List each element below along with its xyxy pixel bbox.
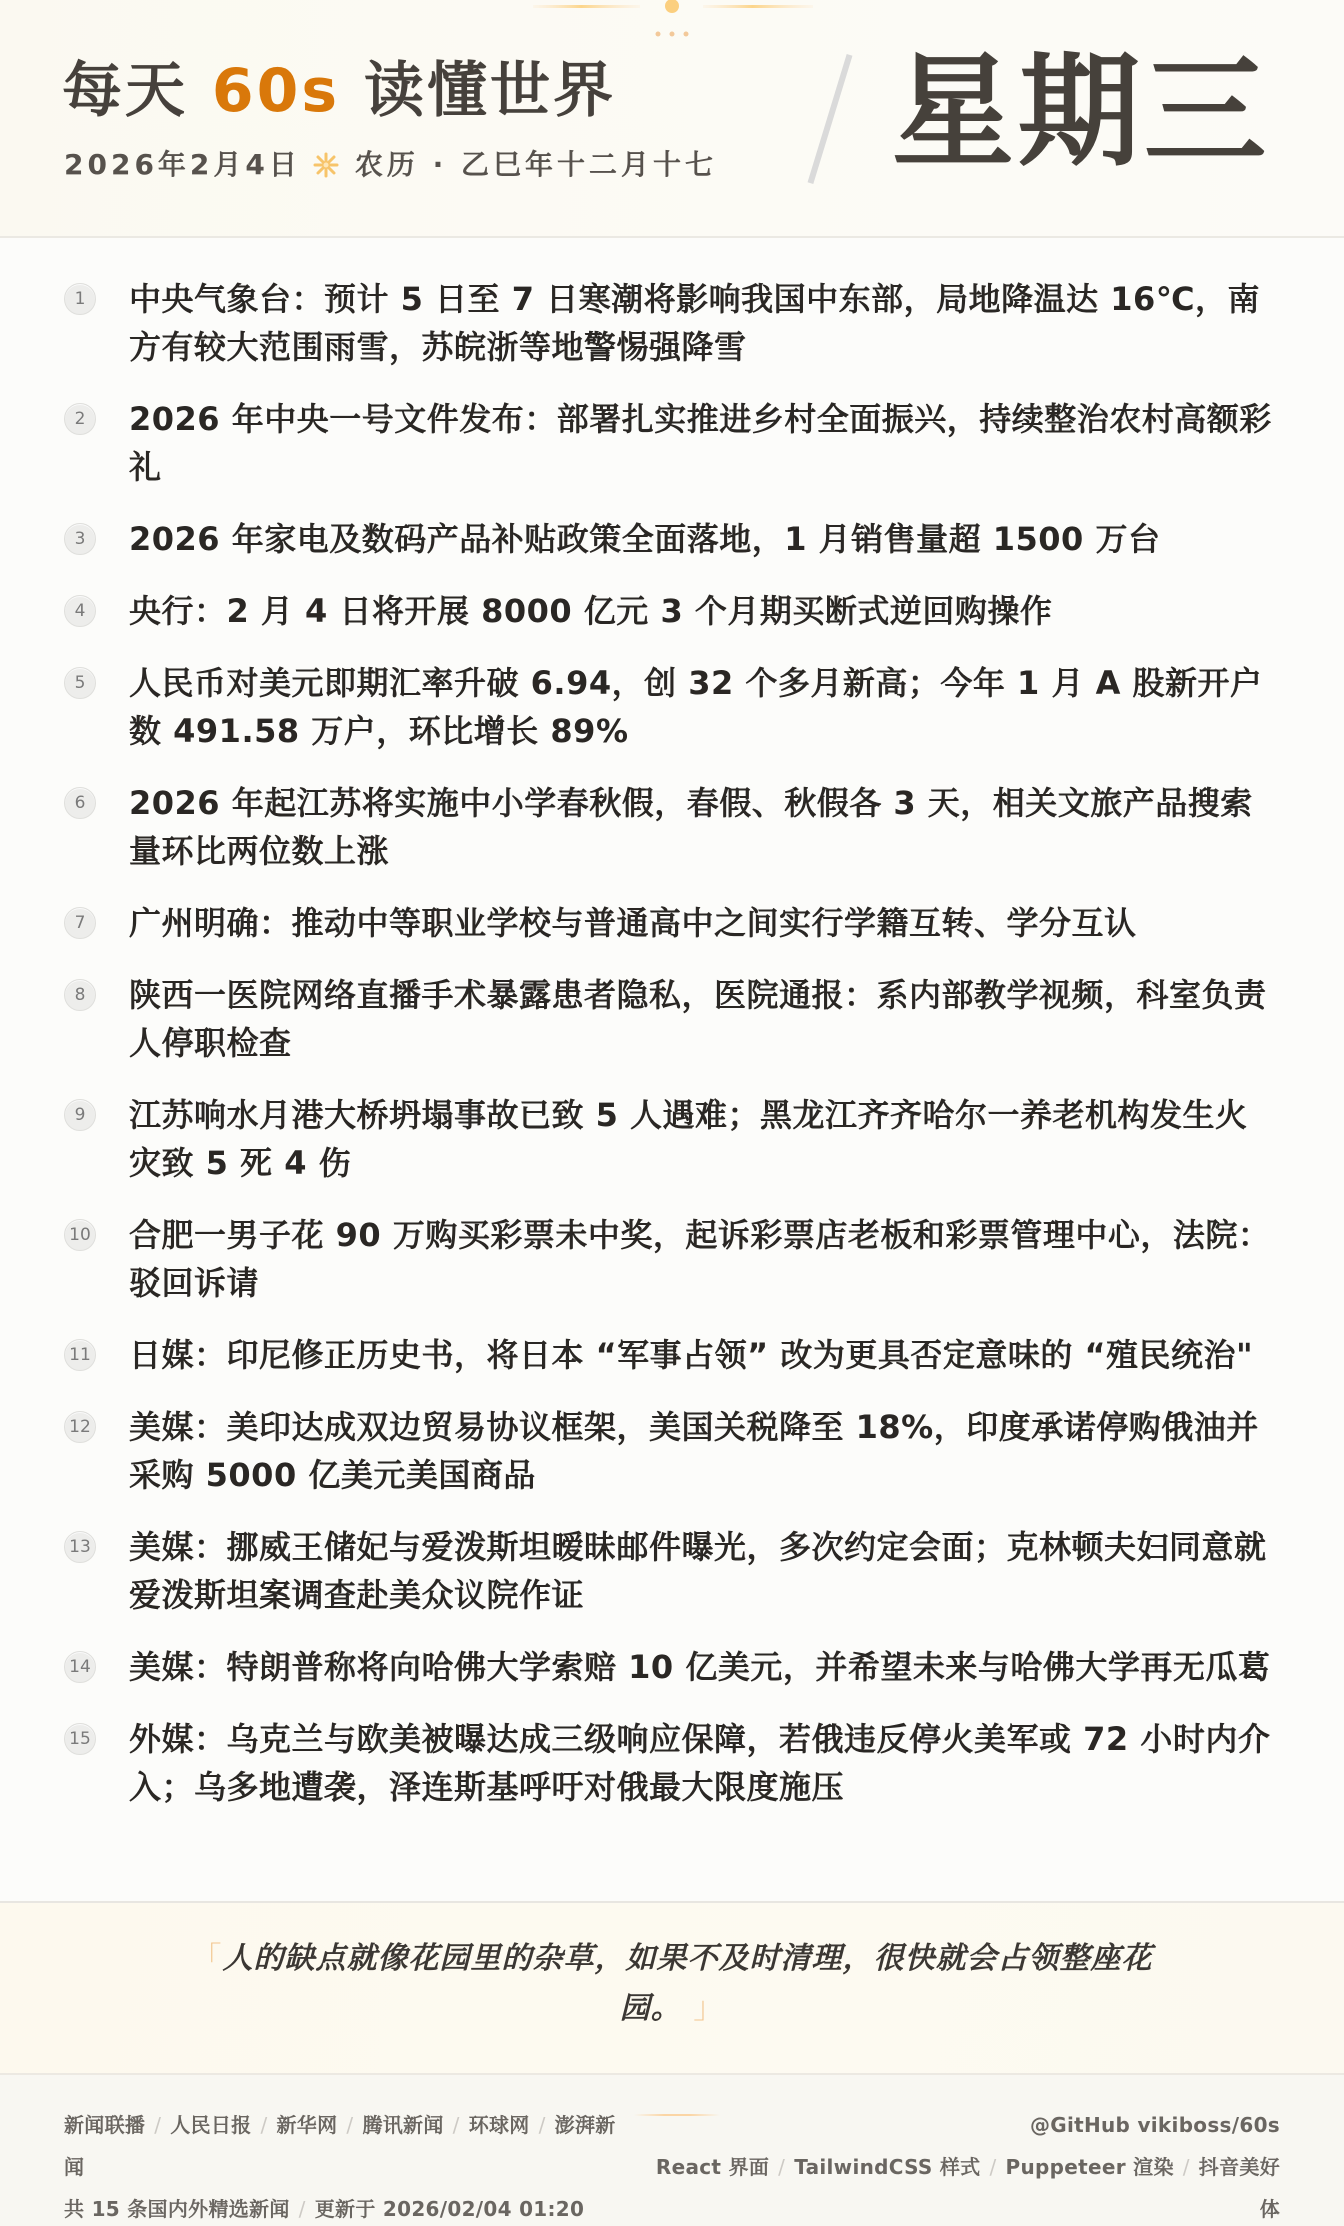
footer-left: 新闻联播/人民日报/新华网/腾讯新闻/环球网/澎湃新闻 共 15 条国内外精选新… bbox=[64, 2104, 636, 2226]
news-text: 外媒：乌克兰与欧美被曝达成三级响应保障，若俄违反停火美军或 72 小时内介入；乌… bbox=[129, 1715, 1280, 1811]
date-line: 2026年2月4日 农历 · 乙巳年十二月十七 bbox=[64, 146, 717, 184]
title-suffix: 读懂世界 bbox=[364, 56, 616, 126]
source-item: 腾讯新闻 bbox=[362, 2113, 443, 2137]
news-index-badge: 11 bbox=[64, 1339, 96, 1371]
separator: / bbox=[346, 2113, 353, 2137]
news-item: 13美媒：挪威王储妃与爱泼斯坦暧昧邮件曝光，多次约定会面；克林顿夫妇同意就爱泼斯… bbox=[64, 1523, 1280, 1619]
news-index-badge: 15 bbox=[64, 1723, 96, 1755]
gregorian-date: 2026年2月4日 bbox=[64, 146, 301, 184]
separator: / bbox=[299, 2197, 306, 2221]
news-text: 广州明确：推动中等职业学校与普通高中之间实行学籍互转、学分互认 bbox=[129, 899, 1280, 947]
news-text: 江苏响水月港大桥坍塌事故已致 5 人遇难；黑龙江齐齐哈尔一养老机构发生火灾致 5… bbox=[129, 1091, 1280, 1187]
news-sources: 新闻联播/人民日报/新华网/腾讯新闻/环球网/澎湃新闻 bbox=[64, 2104, 636, 2188]
news-index-badge: 3 bbox=[64, 523, 96, 555]
quote-open-bracket: 「 bbox=[192, 1941, 223, 1976]
news-item: 11日媒：印尼修正历史书，将日本 “军事占领” 改为更具否定意味的 “殖民统治" bbox=[64, 1331, 1280, 1379]
footer: 新闻联播/人民日报/新华网/腾讯新闻/环球网/澎湃新闻 共 15 条国内外精选新… bbox=[0, 2075, 1344, 2226]
news-index-badge: 8 bbox=[64, 979, 96, 1011]
news-item: 22026 年中央一号文件发布：部署扎实推进乡村全面振兴，持续整治农村高额彩礼 bbox=[64, 395, 1280, 491]
tech-stack: React 界面/TailwindCSS 样式/Puppeteer 渲染/抖音美… bbox=[636, 2146, 1280, 2226]
separator: / bbox=[989, 2155, 996, 2179]
news-item: 62026 年起江苏将实施中小学春秋假，春假、秋假各 3 天，相关文旅产品搜索量… bbox=[64, 779, 1280, 875]
footer-right: @GitHub vikiboss/60s React 界面/TailwindCS… bbox=[636, 2104, 1280, 2226]
separator: / bbox=[778, 2155, 785, 2179]
news-item: 10合肥一男子花 90 万购买彩票未中奖，起诉彩票店老板和彩票管理中心，法院：驳… bbox=[64, 1211, 1280, 1307]
asterisk-icon bbox=[313, 152, 339, 178]
source-item: 新华网 bbox=[277, 2113, 338, 2137]
news-index-badge: 12 bbox=[64, 1411, 96, 1443]
github-credit: @GitHub vikiboss/60s bbox=[636, 2104, 1280, 2146]
news-index-badge: 5 bbox=[64, 667, 96, 699]
news-index-badge: 1 bbox=[64, 283, 96, 315]
news-index-badge: 2 bbox=[64, 403, 96, 435]
news-text: 央行：2 月 4 日将开展 8000 亿元 3 个月期买断式逆回购操作 bbox=[129, 587, 1280, 635]
news-index-badge: 9 bbox=[64, 1099, 96, 1131]
tech-item: Puppeteer 渲染 bbox=[1006, 2155, 1174, 2179]
news-index-badge: 10 bbox=[64, 1219, 96, 1251]
title-prefix: 每天 bbox=[62, 56, 188, 126]
weekday: 星期三 bbox=[892, 48, 1270, 176]
tech-item: 抖音美好体 bbox=[1199, 2155, 1280, 2221]
news-list: 1中央气象台：预计 5 日至 7 日寒潮将影响我国中东部，局地降温达 16℃，南… bbox=[0, 238, 1344, 1835]
news-text: 合肥一男子花 90 万购买彩票未中奖，起诉彩票店老板和彩票管理中心，法院：驳回诉… bbox=[129, 1211, 1280, 1307]
daily-news-card: 每天 60s 读懂世界 2026年2月4日 农历 · 乙巳年十二月十七 星期三 … bbox=[0, 0, 1344, 2226]
quote-text-block: 「人的缺点就像花园里的杂草，如果不及时清理，很快就会占领整座花园。 」 bbox=[172, 1934, 1172, 2034]
news-text: 2026 年起江苏将实施中小学春秋假，春假、秋假各 3 天，相关文旅产品搜索量环… bbox=[129, 779, 1280, 875]
separator: / bbox=[260, 2113, 267, 2137]
news-item: 12美媒：美印达成双边贸易协议框架，美国关税降至 18%，印度承诺停购俄油并采购… bbox=[64, 1403, 1280, 1499]
news-item: 14美媒：特朗普称将向哈佛大学索赔 10 亿美元，并希望未来与哈佛大学再无瓜葛 bbox=[64, 1643, 1280, 1691]
news-text: 美媒：美印达成双边贸易协议框架，美国关税降至 18%，印度承诺停购俄油并采购 5… bbox=[129, 1403, 1280, 1499]
news-item: 4央行：2 月 4 日将开展 8000 亿元 3 个月期买断式逆回购操作 bbox=[64, 587, 1280, 635]
news-text: 美媒：挪威王储妃与爱泼斯坦暧昧邮件曝光，多次约定会面；克林顿夫妇同意就爱泼斯坦案… bbox=[129, 1523, 1280, 1619]
footer-ornament-line bbox=[634, 2114, 720, 2116]
news-text: 2026 年家电及数码产品补贴政策全面落地，1 月销售量超 1500 万台 bbox=[129, 515, 1280, 563]
news-text: 中央气象台：预计 5 日至 7 日寒潮将影响我国中东部，局地降温达 16℃，南方… bbox=[129, 275, 1280, 371]
news-text: 日媒：印尼修正历史书，将日本 “军事占领” 改为更具否定意味的 “殖民统治" bbox=[129, 1331, 1280, 1379]
separator: / bbox=[539, 2113, 546, 2137]
source-item: 澎湃新闻 bbox=[64, 2113, 616, 2179]
source-item: 新闻联播 bbox=[64, 2113, 145, 2137]
news-item: 7广州明确：推动中等职业学校与普通高中之间实行学籍互转、学分互认 bbox=[64, 899, 1280, 947]
news-count-summary: 共 15 条国内外精选新闻 bbox=[64, 2197, 290, 2221]
source-item: 环球网 bbox=[469, 2113, 530, 2137]
news-item: 9江苏响水月港大桥坍塌事故已致 5 人遇难；黑龙江齐齐哈尔一养老机构发生火灾致 … bbox=[64, 1091, 1280, 1187]
quote-text: 人的缺点就像花园里的杂草，如果不及时清理，很快就会占领整座花园。 bbox=[223, 1941, 1153, 2026]
news-item: 1中央气象台：预计 5 日至 7 日寒潮将影响我国中东部，局地降温达 16℃，南… bbox=[64, 275, 1280, 371]
header: 每天 60s 读懂世界 2026年2月4日 农历 · 乙巳年十二月十七 星期三 bbox=[0, 0, 1344, 238]
tech-item: TailwindCSS 样式 bbox=[794, 2155, 980, 2179]
news-text: 人民币对美元即期汇率升破 6.94，创 32 个多月新高；今年 1 月 A 股新… bbox=[129, 659, 1280, 755]
page-title: 每天 60s 读懂世界 bbox=[62, 56, 616, 126]
separator: / bbox=[453, 2113, 460, 2137]
news-item: 32026 年家电及数码产品补贴政策全面落地，1 月销售量超 1500 万台 bbox=[64, 515, 1280, 563]
news-text: 陕西一医院网络直播手术暴露患者隐私，医院通报：系内部教学视频，科室负责人停职检查 bbox=[129, 971, 1280, 1067]
news-index-badge: 14 bbox=[64, 1651, 96, 1683]
news-index-badge: 4 bbox=[64, 595, 96, 627]
updated-time: 更新于 2026/02/04 01:20 bbox=[315, 2197, 585, 2221]
title-accent: 60s bbox=[212, 56, 340, 126]
tech-item: React 界面 bbox=[656, 2155, 769, 2179]
news-index-badge: 7 bbox=[64, 907, 96, 939]
separator: / bbox=[1183, 2155, 1190, 2179]
lunar-date: 农历 · 乙巳年十二月十七 bbox=[355, 146, 717, 184]
news-item: 15外媒：乌克兰与欧美被曝达成三级响应保障，若俄违反停火美军或 72 小时内介入… bbox=[64, 1715, 1280, 1811]
news-item: 8陕西一医院网络直播手术暴露患者隐私，医院通报：系内部教学视频，科室负责人停职检… bbox=[64, 971, 1280, 1067]
quote-close-bracket: 」 bbox=[693, 1991, 724, 2026]
news-index-badge: 13 bbox=[64, 1531, 96, 1563]
news-index-badge: 6 bbox=[64, 787, 96, 819]
source-item: 人民日报 bbox=[170, 2113, 251, 2137]
separator: / bbox=[154, 2113, 161, 2137]
daily-quote: 「人的缺点就像花园里的杂草，如果不及时清理，很快就会占领整座花园。 」 bbox=[0, 1901, 1344, 2075]
slash-divider bbox=[808, 54, 853, 184]
news-text: 美媒：特朗普称将向哈佛大学索赔 10 亿美元，并希望未来与哈佛大学再无瓜葛 bbox=[129, 1643, 1280, 1691]
news-meta: 共 15 条国内外精选新闻/更新于 2026/02/04 01:20 bbox=[64, 2188, 636, 2226]
news-text: 2026 年中央一号文件发布：部署扎实推进乡村全面振兴，持续整治农村高额彩礼 bbox=[129, 395, 1280, 491]
news-item: 5人民币对美元即期汇率升破 6.94，创 32 个多月新高；今年 1 月 A 股… bbox=[64, 659, 1280, 755]
